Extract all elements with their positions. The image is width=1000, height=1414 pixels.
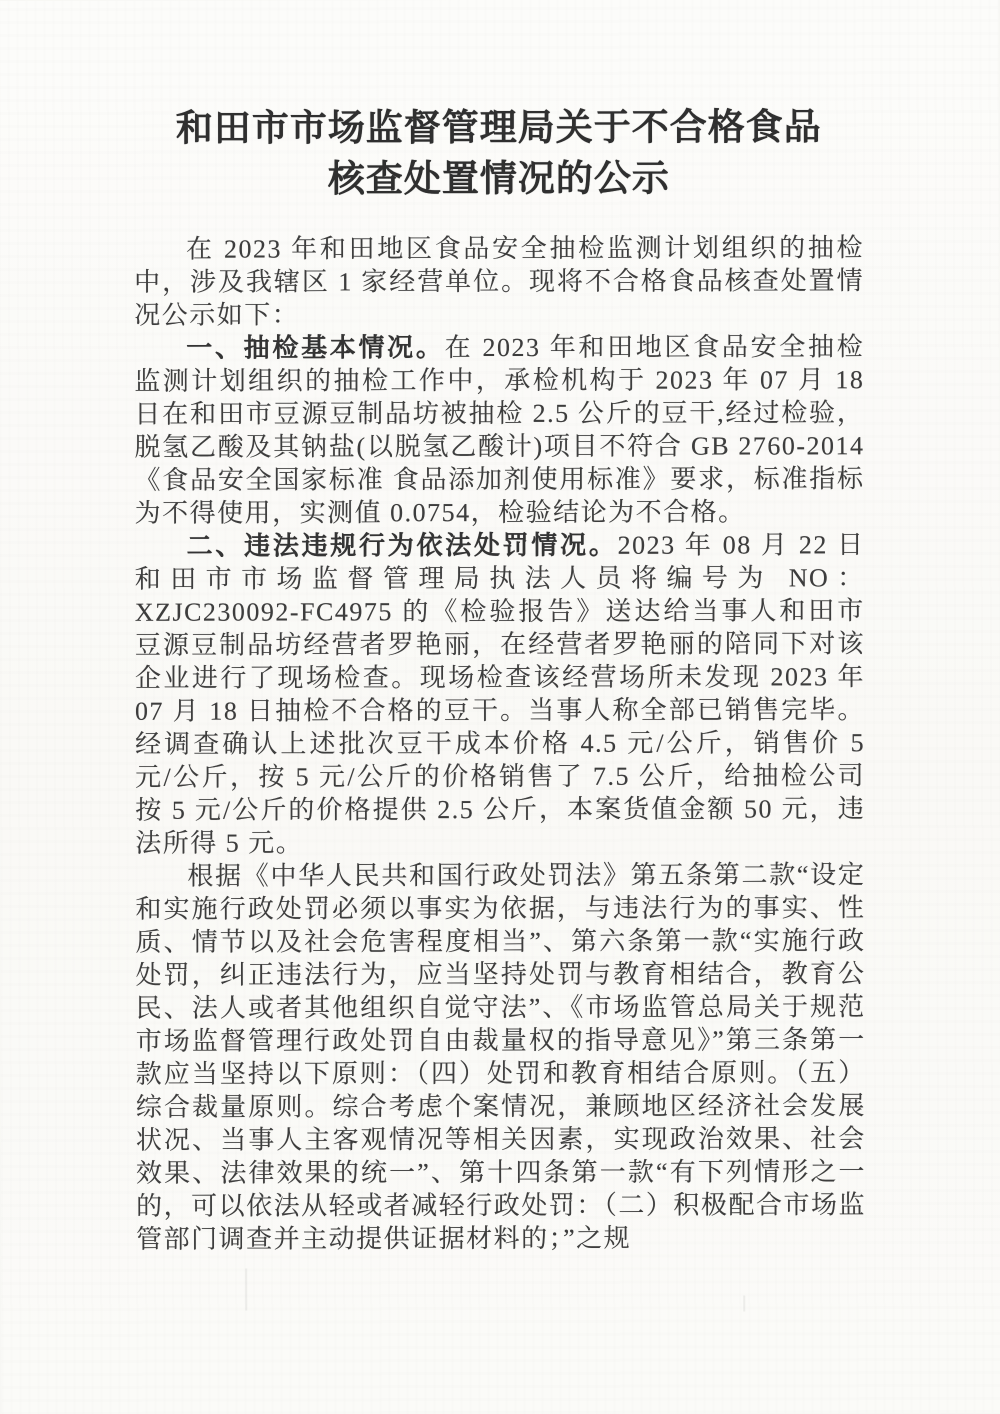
page-title: 和田市市场监督管理局关于不合格食品 核查处置情况的公示	[134, 101, 864, 205]
paragraph-legal-basis-text: 根据《中华人民共和国行政处罚法》第五条第二款“设定和实施行政处罚必须以事实为依据…	[135, 860, 866, 1254]
paragraph-section-1: 一、抽检基本情况。在 2023 年和田地区食品安全抽检监测计划组织的抽检工作中，…	[134, 330, 864, 530]
scan-speckle	[245, 1269, 247, 1311]
paragraph-legal-basis: 根据《中华人民共和国行政处罚法》第五条第二款“设定和实施行政处罚必须以事实为依据…	[135, 858, 866, 1256]
paragraph-section-2: 二、违法违规行为依法处罚情况。2023 年 08 月 22 日和田市市场监督管理…	[135, 528, 866, 860]
section-2-heading: 二、违法违规行为依法处罚情况。	[187, 531, 618, 561]
paragraph-intro-text: 在 2023 年和田地区食品安全抽检监测计划组织的抽检中，涉及我辖区 1 家经营…	[134, 233, 864, 330]
paragraph-intro: 在 2023 年和田地区食品安全抽检监测计划组织的抽检中，涉及我辖区 1 家经营…	[134, 231, 864, 332]
page-title-line-2: 核查处置情况的公示	[134, 152, 864, 205]
page-title-line-1: 和田市市场监督管理局关于不合格食品	[134, 101, 864, 154]
section-1-heading: 一、抽检基本情况。	[186, 333, 444, 363]
paragraph-section-2-text: 2023 年 08 月 22 日和田市市场监督管理局执法人员将编号为 NO：XZ…	[135, 530, 866, 858]
document-body: 在 2023 年和田地区食品安全抽检监测计划组织的抽检中，涉及我辖区 1 家经营…	[134, 231, 866, 1256]
scan-speckle	[743, 1295, 745, 1311]
document-page: 和田市市场监督管理局关于不合格食品 核查处置情况的公示 在 2023 年和田地区…	[0, 0, 1000, 1414]
